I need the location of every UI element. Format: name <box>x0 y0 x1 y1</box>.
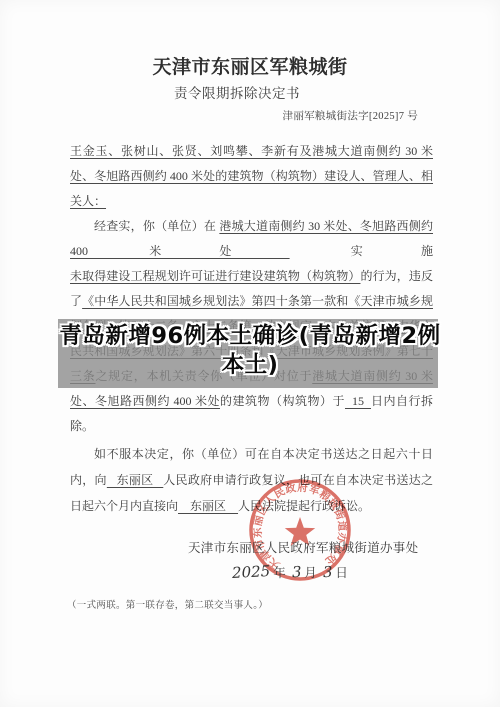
headline-line: 本土) <box>0 351 500 380</box>
date-month: 3 <box>291 563 301 581</box>
headline-overlay: 青岛新增96例本土确诊(青岛新增2例本土) <box>0 322 500 380</box>
date-month-label: 月 <box>304 566 317 580</box>
filled-blank: 东丽区 <box>178 499 238 513</box>
filled-blank: 王金玉、张树山、张贤、刘鸣攀、李新有及港城大道南侧约 30 米处、冬旭路西侧约 … <box>70 144 433 208</box>
date-day-label: 日 <box>335 566 348 580</box>
footer-note: （一式两联。第一联存卷，第二联交当事人。） <box>67 597 268 611</box>
date-year-label: 年 <box>273 566 286 580</box>
issuer-signature: 天津市东丽区人民政府军粮城街道办事处 <box>188 538 418 556</box>
body-text: 实施 <box>290 244 433 258</box>
headline-line: 青岛新增96例本土确诊(青岛新增2例 <box>0 322 500 351</box>
date-day: 3 <box>322 563 332 581</box>
document-page: 天津市东丽区军粮城街 责令限期拆除决定书 津丽军粮城街法字[2025]7 号 王… <box>0 0 500 707</box>
date-year: 2025 <box>232 562 271 582</box>
document-paragraph: 王金玉、张树山、张贤、刘鸣攀、李新有及港城大道南侧约 30 米处、冬旭路西侧约 … <box>70 139 433 214</box>
filled-blank: 15 <box>345 394 371 408</box>
document-subtitle: 责令限期拆除决定书 <box>0 86 487 102</box>
filled-blank: 未取得建设工程规划许可证进行建设建筑物（构筑物） <box>70 269 360 283</box>
filled-blank: 东丽区 <box>107 473 163 487</box>
issue-date: 2025年3月3日 <box>232 563 354 581</box>
body-text: 的建筑物（构筑物）于 <box>220 394 345 408</box>
document-number: 津丽军粮城街法字[2025]7 号 <box>283 108 418 123</box>
body-text: 经查实，你（单位）在 <box>94 219 219 233</box>
document-title: 天津市东丽区军粮城街 <box>0 56 500 78</box>
